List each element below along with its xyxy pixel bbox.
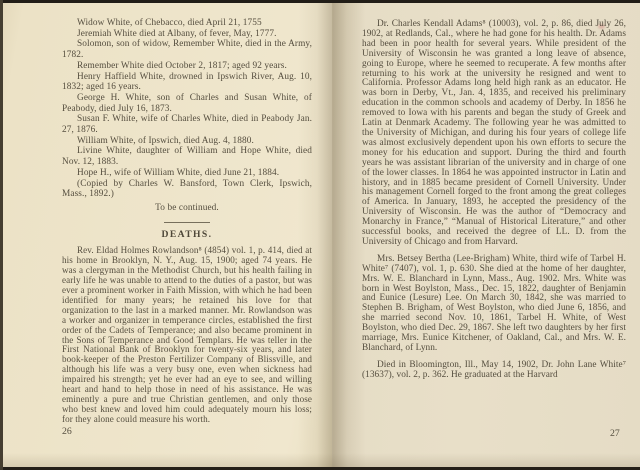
obituary-john-lane-white: Died in Bloomington, Ill., May 14, 1902,…	[362, 361, 626, 381]
page-number-left: 26	[62, 426, 72, 437]
scan-edge-left	[0, 0, 3, 470]
copied-by-note: (Copied by Charles W. Bansford, Town Cle…	[62, 179, 312, 200]
scan-edge-top	[0, 0, 640, 3]
obituary-charles-kendall-adams: Dr. Charles Kendall Adams⁸ (10003), vol.…	[362, 20, 626, 248]
death-record: Henry Haffield White, drowned in Ipswich…	[62, 72, 312, 93]
death-record: George H. White, son of Charles and Susa…	[62, 93, 312, 114]
right-page-text: Dr. Charles Kendall Adams⁸ (10003), vol.…	[362, 20, 626, 381]
book-scan: Widow White, of Chebacco, died April 21,…	[0, 0, 640, 470]
page-number-right: 27	[610, 428, 620, 439]
death-record: William White, of Ipswich, died Aug. 4, …	[62, 136, 312, 147]
death-record: Susan F. White, wife of Charles White, d…	[62, 114, 312, 135]
death-record: Jeremiah White died at Albany, of fever,…	[62, 29, 312, 40]
left-page-text: Widow White, of Chebacco, died April 21,…	[62, 18, 312, 425]
section-divider	[164, 222, 210, 223]
continued-note: To be continued.	[62, 203, 312, 214]
death-record: Hope H., wife of William White, died Jun…	[62, 168, 312, 179]
death-record: Solomon, son of widow, Remember White, d…	[62, 39, 312, 60]
page-bottom-shadow	[0, 453, 640, 467]
death-record: Remember White died October 2, 1817; age…	[62, 61, 312, 72]
obituary-rowlandson: Rev. Eldad Holmes Rowlandson⁸ (4854) vol…	[62, 246, 312, 424]
deaths-heading: DEATHS.	[62, 230, 312, 241]
death-record: Livine White, daughter of William and Ho…	[62, 146, 312, 167]
death-record: Widow White, of Chebacco, died April 21,…	[62, 18, 312, 29]
obituary-betsey-bertha-white: Mrs. Betsey Bertha (Lee-Brigham) White, …	[362, 255, 626, 354]
